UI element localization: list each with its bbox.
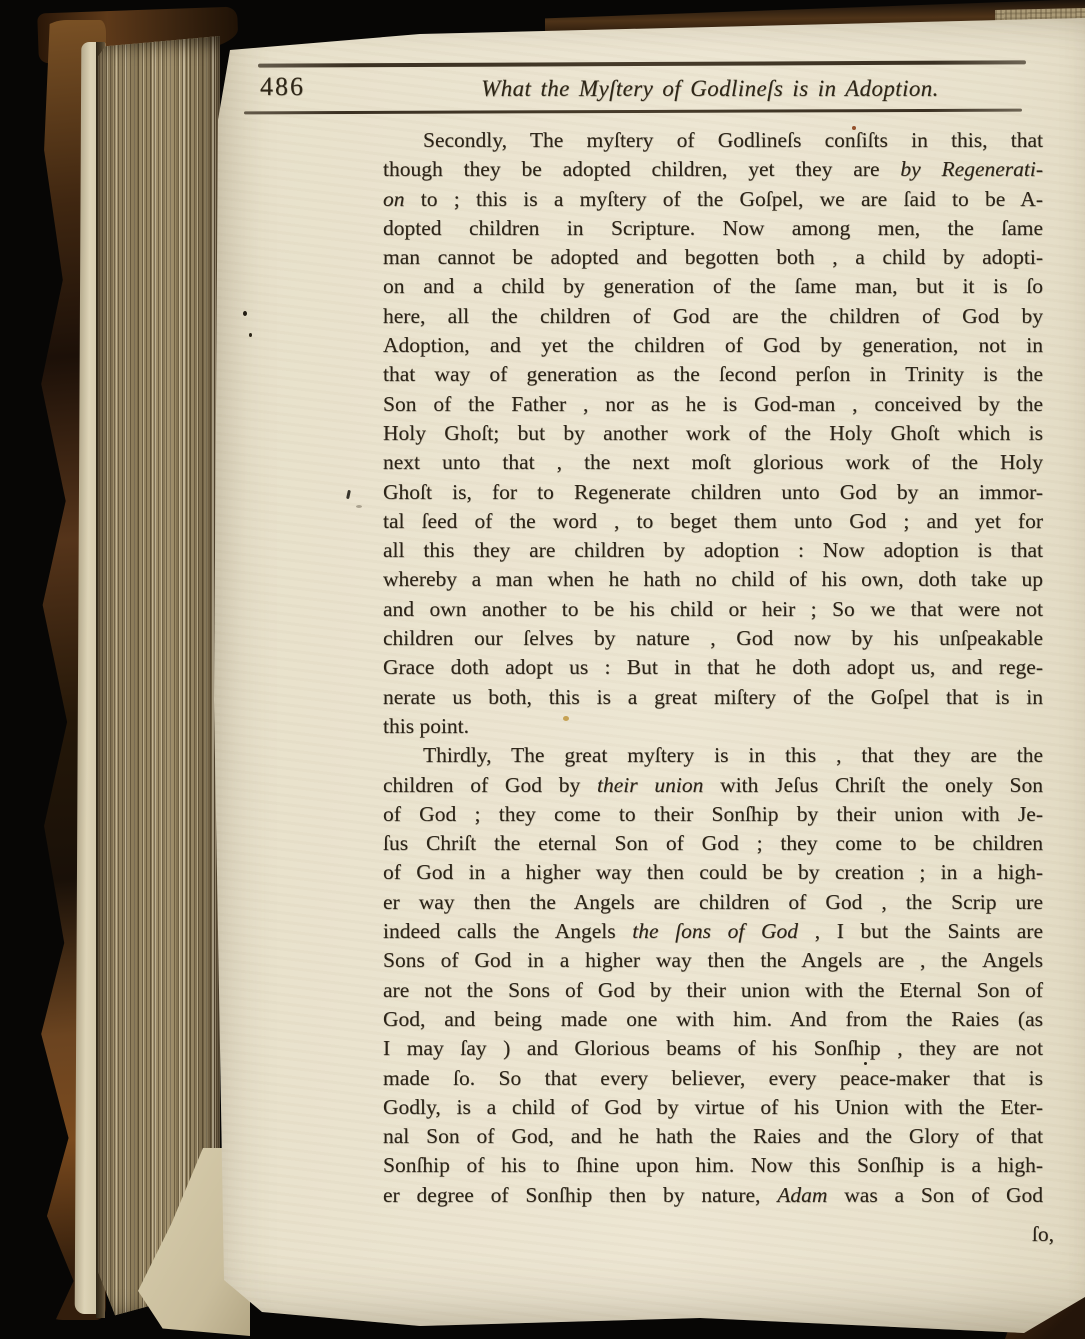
text-line: I may ſay ) and Glorious beams of his So… bbox=[383, 1034, 1043, 1063]
text-line: Ghoſt is, for to Regenerate children unt… bbox=[383, 478, 1043, 507]
text-line: Son of the Father , nor as he is God-man… bbox=[383, 390, 1043, 419]
text-segment: Secondly, The myſtery of Godlineſs conſi… bbox=[423, 128, 1043, 152]
text-segment: on and a child by generation of the ſame… bbox=[383, 274, 1043, 298]
text-line: all this they are children by adoption :… bbox=[383, 536, 1043, 565]
text-line: children our ſelves by nature , God now … bbox=[383, 624, 1043, 653]
text-line: on and a child by generation of the ſame… bbox=[383, 272, 1043, 301]
text-line: of God in a higher way then could be by … bbox=[383, 858, 1043, 887]
body-text: Secondly, The myſtery of Godlineſs conſi… bbox=[383, 126, 1043, 1210]
text-segment: whereby a man when he hath no child of h… bbox=[383, 567, 1043, 591]
text-line: er degree of Sonſhip then by nature, Ada… bbox=[383, 1181, 1043, 1210]
text-line: made ſo. So that every believer, every p… bbox=[383, 1064, 1043, 1093]
italic-text-segment: their union bbox=[597, 773, 703, 797]
paragraph: Thirdly, The great myſtery is in this , … bbox=[383, 741, 1043, 1210]
text-line: that way of generation as the ſecond per… bbox=[383, 360, 1043, 389]
text-segment: that way of generation as the ſecond per… bbox=[383, 362, 1043, 386]
text-line: are not the Sons of God by their union w… bbox=[383, 976, 1043, 1005]
ink-speck bbox=[249, 333, 252, 337]
text-segment: next unto that , the next moſt glorious … bbox=[383, 450, 1043, 474]
text-segment: all this they are children by adoption :… bbox=[383, 538, 1043, 562]
text-segment: er degree of Sonſhip then by nature, bbox=[383, 1183, 777, 1207]
italic-text-segment: the ſons of God bbox=[632, 919, 798, 943]
text-line: man cannot be adopted and begotten both … bbox=[383, 243, 1043, 272]
page-number: 486 bbox=[260, 72, 305, 102]
text-segment: Godly, is a child of God by virtue of hi… bbox=[383, 1095, 1043, 1119]
text-line: children of God by their union with Jeſu… bbox=[383, 771, 1043, 800]
ink-speck bbox=[243, 311, 247, 316]
text-line: Holy Ghoſt; but by another work of the H… bbox=[383, 419, 1043, 448]
text-segment: Ghoſt is, for to Regenerate children unt… bbox=[383, 480, 1043, 504]
text-line: and own another to be his child or heir … bbox=[383, 595, 1043, 624]
book-page-photo: 486 What the Myſtery of Godlineſs is in … bbox=[0, 0, 1085, 1339]
text-line: Sons of God in a higher way then the Ang… bbox=[383, 946, 1043, 975]
text-line: tal ſeed of the word , to beget them unt… bbox=[383, 507, 1043, 536]
running-title: What the Myſtery of Godlineſs is in Adop… bbox=[386, 76, 1034, 102]
text-line: Godly, is a child of God by virtue of hi… bbox=[383, 1093, 1043, 1122]
text-segment: children our ſelves by nature , God now … bbox=[383, 626, 1043, 650]
text-line: nerate us both, this is a great miſtery … bbox=[383, 683, 1043, 712]
text-segment: was a Son of God bbox=[827, 1183, 1043, 1207]
text-segment: to ; this is a myſtery of the Goſpel, we… bbox=[405, 187, 1044, 211]
text-line: er way then the Angels are children of G… bbox=[383, 888, 1043, 917]
text-segment: of God ; they come to their Sonſhip by t… bbox=[383, 802, 1043, 826]
text-segment: ſus Chriſt the eternal Son of God ; they… bbox=[383, 831, 1043, 855]
text-segment: er way then the Angels are children of G… bbox=[383, 890, 1043, 914]
text-segment: nerate us both, this is a great miſtery … bbox=[383, 685, 1043, 709]
text-segment: children of God by bbox=[383, 773, 597, 797]
text-segment: here, all the children of God are the ch… bbox=[383, 304, 1043, 328]
italic-text-segment: on bbox=[383, 187, 405, 211]
italic-text-segment: Adam bbox=[777, 1183, 827, 1207]
text-line: next unto that , the next moſt glorious … bbox=[383, 448, 1043, 477]
text-segment: Thirdly, The great myſtery is in this , … bbox=[423, 743, 1043, 767]
text-line: Grace doth adopt us : But in that he dot… bbox=[383, 653, 1043, 682]
text-segment: nal Son of God, and he hath the Raies an… bbox=[383, 1124, 1043, 1148]
text-line: indeed calls the Angels the ſons of God … bbox=[383, 917, 1043, 946]
catchword: ſo, bbox=[976, 1222, 1054, 1247]
text-segment: and own another to be his child or heir … bbox=[383, 597, 1043, 621]
italic-text-segment: by Regenerati- bbox=[900, 157, 1043, 181]
text-line: this point. bbox=[383, 712, 1043, 741]
text-line: dopted children in Scripture. Now among … bbox=[383, 214, 1043, 243]
text-line: here, all the children of God are the ch… bbox=[383, 302, 1043, 331]
text-line: of God ; they come to their Sonſhip by t… bbox=[383, 800, 1043, 829]
text-line: whereby a man when he hath no child of h… bbox=[383, 565, 1043, 594]
text-segment: Holy Ghoſt; but by another work of the H… bbox=[383, 421, 1043, 445]
text-segment: dopted children in Scripture. Now among … bbox=[383, 216, 1043, 240]
text-segment: man cannot be adopted and begotten both … bbox=[383, 245, 1043, 269]
text-segment: I may ſay ) and Glorious beams of his So… bbox=[383, 1036, 1043, 1060]
text-segment: with Jeſus Chriſt the onely Son bbox=[703, 773, 1043, 797]
text-line: on to ; this is a myſtery of the Goſpel,… bbox=[383, 185, 1043, 214]
ink-speck bbox=[864, 1062, 867, 1065]
text-segment: Sons of God in a higher way then the Ang… bbox=[383, 948, 1043, 972]
text-segment: indeed calls the Angels bbox=[383, 919, 632, 943]
text-segment: Son of the Father , nor as he is God-man… bbox=[383, 392, 1043, 416]
text-line: God, and being made one with him. And fr… bbox=[383, 1005, 1043, 1034]
text-segment: of God in a higher way then could be by … bbox=[383, 860, 1043, 884]
paragraph: Secondly, The myſtery of Godlineſs conſi… bbox=[383, 126, 1043, 741]
text-segment: Grace doth adopt us : But in that he dot… bbox=[383, 655, 1043, 679]
text-segment: this point. bbox=[383, 714, 469, 738]
ink-smudge bbox=[356, 505, 362, 508]
text-segment: , I but the Saints are bbox=[798, 919, 1043, 943]
text-line: Adoption, and yet the children of God by… bbox=[383, 331, 1043, 360]
text-line: though they be adopted children, yet the… bbox=[383, 155, 1043, 184]
text-segment: Adoption, and yet the children of God by… bbox=[383, 333, 1043, 357]
text-segment: tal ſeed of the word , to beget them unt… bbox=[383, 509, 1043, 533]
text-segment: made ſo. So that every believer, every p… bbox=[383, 1066, 1043, 1090]
foxing-spot bbox=[563, 716, 569, 721]
header-rule-bottom bbox=[244, 109, 1022, 115]
page-stack-fore-edge bbox=[98, 36, 220, 1323]
text-line: ſus Chriſt the eternal Son of God ; they… bbox=[383, 829, 1043, 858]
header-rule-top bbox=[258, 60, 1026, 67]
text-line: Secondly, The myſtery of Godlineſs conſi… bbox=[383, 126, 1043, 155]
text-segment: are not the Sons of God by their union w… bbox=[383, 978, 1043, 1002]
text-line: Sonſhip of his to ſhine upon him. Now th… bbox=[383, 1151, 1043, 1180]
book-page: 486 What the Myſtery of Godlineſs is in … bbox=[196, 10, 1085, 1339]
ink-speck bbox=[852, 126, 856, 130]
text-line: nal Son of God, and he hath the Raies an… bbox=[383, 1122, 1043, 1151]
text-segment: Sonſhip of his to ſhine upon him. Now th… bbox=[383, 1153, 1043, 1177]
marginal-mark bbox=[346, 490, 351, 499]
text-line: Thirdly, The great myſtery is in this , … bbox=[383, 741, 1043, 770]
text-segment: God, and being made one with him. And fr… bbox=[383, 1007, 1043, 1031]
text-segment: though they be adopted children, yet the… bbox=[383, 157, 900, 181]
